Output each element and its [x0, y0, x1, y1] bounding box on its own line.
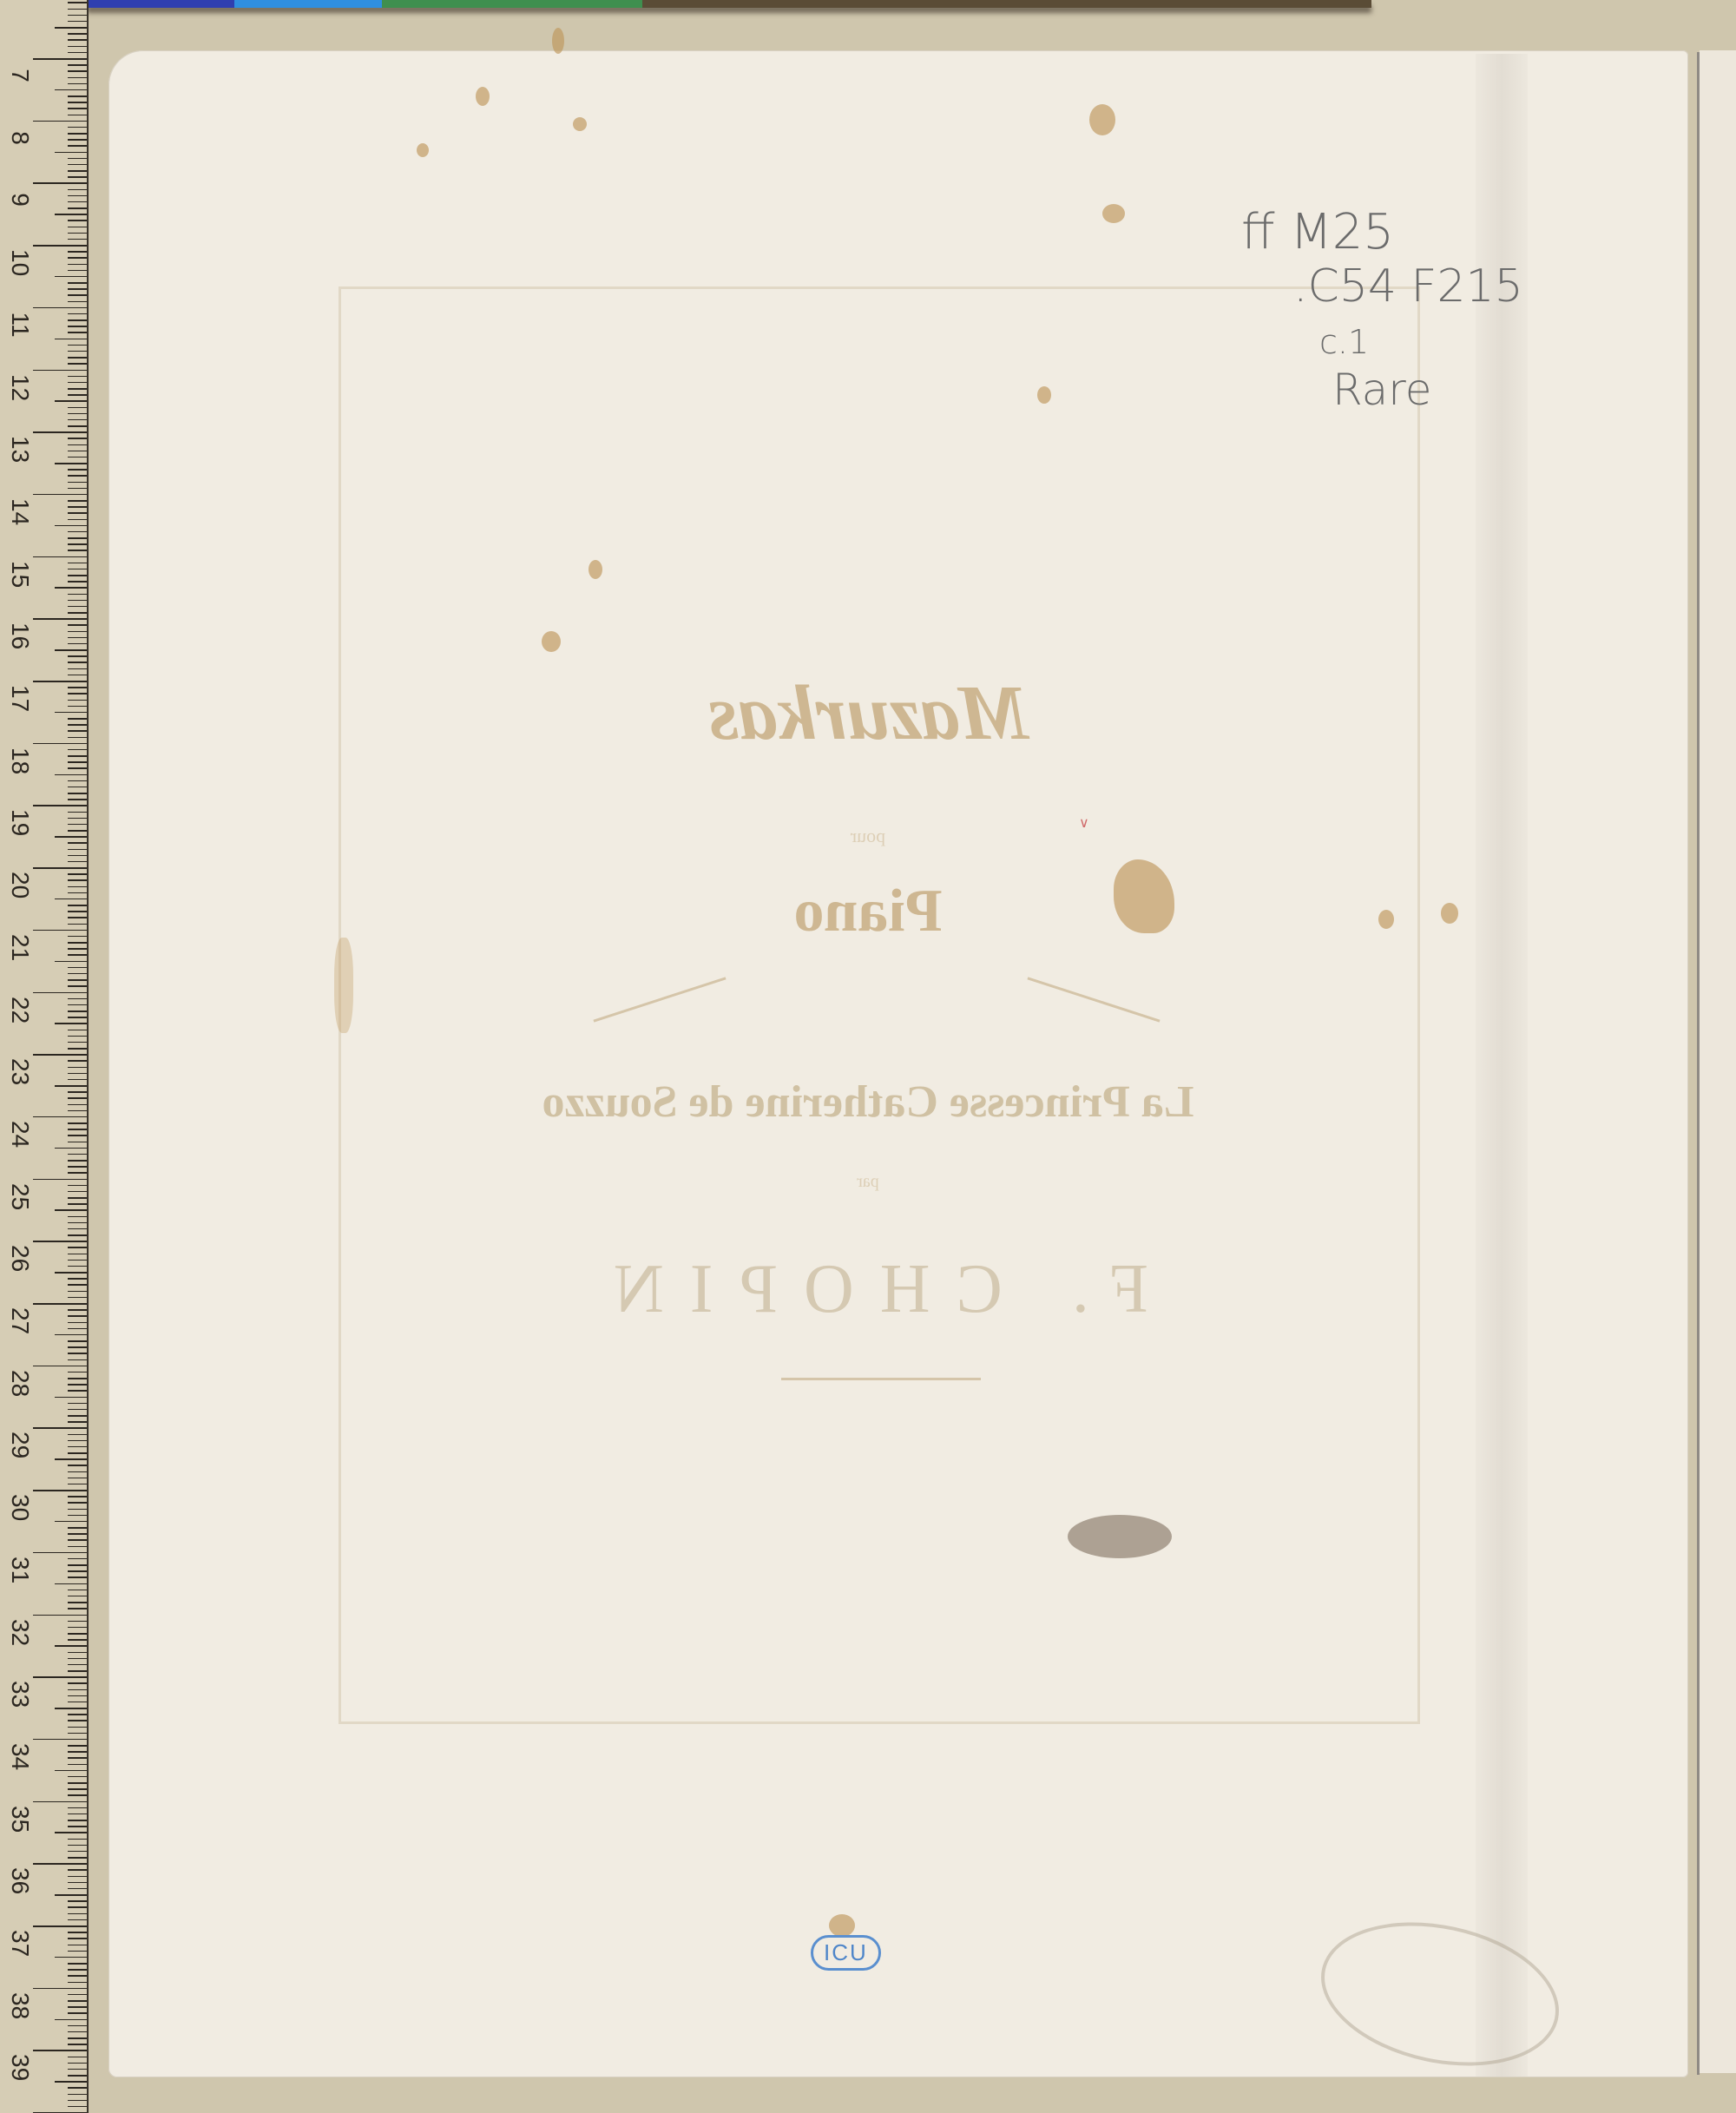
ruler-tick	[68, 1067, 87, 1069]
ruler-tick	[68, 1788, 87, 1790]
ruler-tick	[68, 1546, 87, 1548]
ruler-tick	[68, 1807, 87, 1809]
ruler-tick	[33, 1739, 87, 1741]
ruler-tick	[68, 2031, 87, 2033]
ruler-tick	[33, 992, 87, 994]
ruler-label: 11	[6, 312, 34, 338]
ruler-tick	[68, 1030, 87, 1031]
ruler-tick	[68, 1776, 87, 1778]
ruler-tick	[68, 1060, 87, 1062]
ruler-tick	[68, 531, 87, 533]
ruler-tick	[55, 27, 87, 29]
ruler-tick	[68, 1857, 87, 1859]
call-number-line1: ff M25	[1241, 204, 1394, 260]
ruler-tick	[68, 985, 87, 987]
ruler-tick	[68, 563, 87, 564]
ruler-tick	[68, 83, 87, 85]
ruler-tick	[55, 1770, 87, 1772]
ruler-tick	[68, 1409, 87, 1411]
ruler-tick	[55, 1583, 87, 1585]
ruler-tick	[55, 587, 87, 589]
ruler-tick	[68, 189, 87, 191]
ruler-tick	[68, 1627, 87, 1629]
ruler-tick	[68, 1403, 87, 1405]
ruler-tick	[33, 1676, 87, 1678]
ruler-label: 13	[6, 436, 34, 462]
ruler-tick	[68, 1751, 87, 1753]
stain-streak	[334, 938, 353, 1033]
ghost-composer: F. CHOPIN	[0, 1250, 1736, 1329]
ruler-tick	[68, 301, 87, 303]
ruler-tick	[33, 245, 87, 247]
ruler-tick	[68, 1826, 87, 1827]
ruler-tick	[33, 1925, 87, 1927]
ruler-tick	[68, 1129, 87, 1130]
ruler-label: 32	[6, 1619, 34, 1645]
ruler-tick	[68, 1633, 87, 1635]
ruler-tick	[68, 2075, 87, 2077]
ruler-tick	[68, 270, 87, 272]
ruler-tick	[68, 1932, 87, 1933]
ruler-tick	[55, 1708, 87, 1709]
ruler-tick	[68, 388, 87, 390]
ruler-tick	[68, 469, 87, 471]
ruler-tick	[55, 1458, 87, 1460]
ruler-tick	[68, 1465, 87, 1466]
ruler-tick	[68, 1913, 87, 1915]
ruler-tick	[68, 207, 87, 209]
ruler-tick	[68, 394, 87, 396]
ruler-tick	[68, 1813, 87, 1815]
ruler-tick	[55, 400, 87, 402]
ruler-tick	[68, 793, 87, 794]
paper-fold	[1476, 54, 1528, 2077]
ruler-tick	[68, 1340, 87, 1342]
ruler-tick	[68, 1670, 87, 1672]
ruler-tick	[68, 1888, 87, 1890]
ruler-tick	[68, 2106, 87, 2108]
ruler-tick	[68, 1452, 87, 1454]
ruler-tick	[55, 214, 87, 215]
color-swatch-cyan	[234, 0, 382, 8]
ruler-tick	[68, 1502, 87, 1504]
ruler-tick	[68, 108, 87, 109]
ruler-tick	[68, 643, 87, 645]
rare-annotation: Rare	[1332, 365, 1432, 415]
ruler-tick	[68, 1471, 87, 1473]
ruler-tick	[68, 257, 87, 259]
ruler-tick	[68, 264, 87, 266]
ruler-tick	[68, 1570, 87, 1572]
ruler-label: 15	[6, 561, 34, 587]
ruler-tick	[55, 1334, 87, 1336]
ruler-tick	[33, 2050, 87, 2051]
ruler-label: 10	[6, 249, 34, 275]
ruler-tick	[55, 1521, 87, 1523]
ruler-tick	[55, 525, 87, 527]
ruler-tick	[68, 1228, 87, 1230]
ruler-tick	[68, 1876, 87, 1878]
ruler-tick	[68, 195, 87, 197]
ruler-tick	[68, 662, 87, 663]
ruler-tick	[68, 612, 87, 614]
ruler-tick	[68, 1590, 87, 1591]
color-swatch-blue	[87, 0, 234, 8]
ruler-tick	[68, 948, 87, 950]
ruler-tick	[68, 519, 87, 521]
measurement-ruler: 7891011121314151617181920212223242526272…	[0, 0, 89, 2113]
ruler-tick	[68, 1203, 87, 1205]
ruler-tick	[68, 1945, 87, 1946]
ruler-tick	[68, 1372, 87, 1373]
ruler-tick	[68, 2063, 87, 2064]
ruler-tick	[68, 1695, 87, 1697]
stain	[542, 631, 561, 652]
ruler-tick	[68, 345, 87, 346]
ruler-tick	[68, 500, 87, 502]
ruler-tick	[68, 606, 87, 608]
ruler-tick	[68, 1689, 87, 1691]
ruler-tick	[68, 2100, 87, 2102]
ruler-tick	[68, 2, 87, 3]
ruler-tick	[68, 1135, 87, 1136]
ruler-tick	[55, 961, 87, 963]
ruler-tick	[55, 1209, 87, 1211]
call-number-line2: .C54 F215	[1293, 260, 1523, 313]
ruler-tick	[68, 294, 87, 296]
ruler-tick	[68, 1036, 87, 1037]
ruler-tick	[33, 867, 87, 869]
ruler-tick	[33, 1054, 87, 1056]
ruler-tick	[68, 761, 87, 763]
ruler-tick	[68, 2069, 87, 2070]
ruler-tick	[68, 631, 87, 633]
ruler-tick	[68, 512, 87, 514]
library-stamp-icu: ICU	[811, 1935, 881, 1971]
ruler-tick	[68, 2057, 87, 2058]
ruler-tick	[55, 1894, 87, 1896]
stain	[1089, 104, 1115, 135]
ruler-tick	[68, 812, 87, 813]
ruler-tick	[68, 1906, 87, 1908]
ruler-tick	[68, 2037, 87, 2039]
ruler-tick	[68, 1820, 87, 1821]
ruler-tick	[68, 376, 87, 378]
ruler-tick	[68, 861, 87, 863]
ruler-tick	[55, 1957, 87, 1958]
ruler-tick	[68, 220, 87, 221]
ruler-tick	[68, 1017, 87, 1018]
ruler-tick	[33, 494, 87, 496]
stain	[1378, 910, 1394, 929]
ruler-tick	[68, 967, 87, 969]
ruler-tick	[68, 855, 87, 857]
ghost-pour: pour	[0, 825, 1736, 847]
ruler-tick	[33, 618, 87, 620]
ruler-tick	[68, 1727, 87, 1728]
ruler-tick	[68, 357, 87, 359]
ruler-tick	[68, 1539, 87, 1541]
ruler-tick	[33, 1863, 87, 1865]
ruler-tick	[68, 475, 87, 477]
ruler-tick	[68, 176, 87, 178]
ink-speckle-cluster	[1068, 1515, 1172, 1558]
ruler-tick	[68, 1142, 87, 1143]
ruler-tick	[68, 2044, 87, 2045]
ruler-tick	[33, 307, 87, 309]
ruler-tick	[68, 849, 87, 851]
ruler-tick	[68, 1222, 87, 1224]
ruler-label: 9	[6, 187, 34, 213]
stain	[552, 28, 564, 54]
ruler-tick	[33, 431, 87, 433]
ruler-label: 36	[6, 1867, 34, 1893]
ruler-tick	[68, 1216, 87, 1218]
ruler-tick	[68, 413, 87, 415]
ruler-tick	[33, 1988, 87, 1990]
ruler-tick	[33, 805, 87, 806]
ruler-tick	[55, 152, 87, 154]
ruler-label: 22	[6, 997, 34, 1023]
ruler-tick	[55, 339, 87, 340]
ruler-tick	[68, 52, 87, 54]
ruler-tick	[68, 1602, 87, 1603]
ruler-tick	[68, 1845, 87, 1846]
ruler-tick	[68, 1714, 87, 1715]
ruler-tick	[68, 1247, 87, 1248]
ruler-tick	[68, 1733, 87, 1735]
ruler-tick	[68, 332, 87, 333]
ruler-tick	[68, 1353, 87, 1354]
ruler-tick	[68, 95, 87, 97]
ruler-tick	[68, 201, 87, 203]
ruler-tick	[55, 2019, 87, 2021]
ruler-tick	[55, 1397, 87, 1399]
ruler-tick	[33, 1241, 87, 1242]
ruler-tick	[68, 164, 87, 166]
red-mark: ∨	[1079, 814, 1089, 832]
stain	[1102, 204, 1125, 223]
ruler-tick	[68, 873, 87, 875]
ruler-tick	[68, 600, 87, 602]
ruler-label: 30	[6, 1494, 34, 1520]
ruler-tick	[68, 998, 87, 1000]
ruler-label: 12	[6, 374, 34, 400]
ruler-tick	[68, 1446, 87, 1448]
ruler-tick	[68, 624, 87, 626]
color-swatch-dark	[642, 0, 1371, 8]
ruler-tick	[55, 276, 87, 278]
ruler-tick	[55, 1023, 87, 1024]
ghost-instrument: Piano	[0, 877, 1736, 946]
ruler-tick	[68, 438, 87, 439]
ruler-tick	[68, 1378, 87, 1379]
ruler-tick	[55, 774, 87, 776]
ruler-tick	[55, 89, 87, 91]
ruler-tick	[68, 2012, 87, 2014]
ruler-tick	[68, 1234, 87, 1236]
ruler-tick	[68, 351, 87, 352]
ruler-label: 8	[6, 125, 34, 151]
ruler-tick	[68, 139, 87, 141]
ruler-tick	[68, 444, 87, 446]
ruler-tick	[68, 233, 87, 234]
ruler-tick	[55, 2081, 87, 2083]
ruler-label: 37	[6, 1930, 34, 1956]
ruler-tick	[68, 319, 87, 321]
ruler-tick	[68, 33, 87, 35]
ruler-tick	[68, 1900, 87, 1902]
ruler-tick	[68, 1794, 87, 1796]
ruler-tick	[68, 543, 87, 545]
ruler-tick	[68, 1042, 87, 1043]
ruler-label: 14	[6, 498, 34, 524]
ruler-label: 16	[6, 622, 34, 648]
ruler-tick	[68, 818, 87, 820]
ruler-tick	[68, 550, 87, 551]
ruler-tick	[68, 239, 87, 240]
ruler-label: 39	[6, 2054, 34, 2080]
stain	[829, 1914, 855, 1937]
ruler-tick	[68, 1434, 87, 1436]
adjacent-leaf-edge	[1700, 50, 1736, 2073]
ruler-tick	[68, 1982, 87, 1984]
ruler-tick	[68, 1421, 87, 1423]
ruler-tick	[68, 1782, 87, 1784]
ruler-tick	[68, 457, 87, 458]
ruler-tick	[68, 102, 87, 103]
ruler-tick	[68, 1720, 87, 1721]
ruler-tick	[68, 46, 87, 48]
ruler-tick	[68, 1359, 87, 1361]
color-swatch-green	[382, 0, 642, 8]
ruler-tick	[68, 64, 87, 66]
decorative-rule	[781, 1378, 981, 1380]
ruler-tick	[68, 1004, 87, 1006]
ruler-tick	[68, 1951, 87, 1952]
ruler-tick	[68, 1533, 87, 1535]
ruler-tick	[68, 326, 87, 327]
ruler-tick	[68, 1682, 87, 1684]
ruler-tick	[55, 1148, 87, 1149]
ruler-tick	[68, 288, 87, 290]
ruler-tick	[68, 2025, 87, 2027]
ruler-tick	[68, 1484, 87, 1485]
ruler-tick	[33, 1427, 87, 1429]
ruler-tick	[68, 575, 87, 576]
stain	[1037, 386, 1051, 404]
stain	[417, 143, 429, 157]
ruler-tick	[55, 649, 87, 651]
ruler-tick	[68, 1577, 87, 1578]
stain	[589, 560, 602, 579]
color-calibration-bar	[87, 0, 1371, 8]
ruler-tick	[68, 787, 87, 788]
ruler-tick	[68, 382, 87, 384]
ruler-tick	[68, 419, 87, 421]
ruler-tick	[55, 1645, 87, 1647]
ruler-tick	[33, 1615, 87, 1616]
ruler-tick	[68, 1384, 87, 1386]
ruler-tick	[68, 127, 87, 128]
ruler-tick	[68, 482, 87, 484]
ruler-tick	[33, 58, 87, 60]
ghost-dedication: La Princesse Catherine de Souzzo	[0, 1076, 1736, 1128]
ruler-tick	[68, 1652, 87, 1654]
ruler-tick	[68, 1658, 87, 1660]
title-border-frame	[339, 286, 1420, 1724]
ruler-tick	[33, 121, 87, 122]
ruler-tick	[68, 1346, 87, 1348]
ruler-tick	[68, 780, 87, 782]
ruler-tick	[68, 1664, 87, 1666]
ruler-tick	[68, 1869, 87, 1871]
ruler-label: 7	[6, 63, 34, 89]
ruler-tick	[68, 799, 87, 800]
ruler-tick	[68, 1558, 87, 1560]
ruler-tick	[68, 1851, 87, 1853]
ruler-tick	[68, 1010, 87, 1012]
ruler-tick	[68, 1415, 87, 1417]
ruler-tick	[33, 1366, 87, 1367]
ruler-tick	[68, 282, 87, 284]
ruler-tick	[68, 1166, 87, 1168]
ruler-tick	[68, 1919, 87, 1921]
ruler-tick	[68, 170, 87, 172]
ruler-tick	[68, 1757, 87, 1759]
ruler-tick	[68, 1527, 87, 1529]
ruler-tick	[68, 407, 87, 409]
ruler-tick	[68, 451, 87, 452]
ruler-tick	[68, 537, 87, 539]
ruler-tick	[68, 9, 87, 10]
ruler-tick	[68, 581, 87, 583]
ghost-title: Mazurkas	[0, 668, 1736, 758]
ruler-tick	[68, 2000, 87, 2002]
ruler-tick	[68, 313, 87, 315]
ruler-tick	[68, 1994, 87, 1996]
ruler-tick	[68, 1839, 87, 1840]
ruler-tick	[68, 1509, 87, 1511]
ruler-tick	[33, 182, 87, 184]
ruler-tick	[68, 973, 87, 975]
ruler-tick	[68, 21, 87, 23]
ruler-tick	[68, 488, 87, 490]
ruler-tick	[68, 1639, 87, 1641]
ruler-tick	[33, 556, 87, 558]
ruler-tick	[68, 1938, 87, 1939]
ruler-tick	[68, 133, 87, 135]
ruler-tick	[68, 2006, 87, 2008]
ruler-tick	[68, 1882, 87, 1884]
ruler-tick	[68, 77, 87, 79]
ruler-tick	[68, 1478, 87, 1479]
ruler-tick	[68, 979, 87, 981]
ruler-tick	[68, 39, 87, 41]
ruler-tick	[68, 637, 87, 639]
ruler-tick	[68, 767, 87, 769]
ruler-tick	[68, 594, 87, 596]
stain	[1441, 903, 1458, 924]
ruler-tick	[68, 227, 87, 228]
ruler-tick	[68, 1764, 87, 1766]
ruler-label: 28	[6, 1370, 34, 1396]
ruler-tick	[68, 1702, 87, 1703]
ruler-tick	[55, 463, 87, 464]
ruler-tick	[68, 1390, 87, 1392]
ruler-tick	[33, 1552, 87, 1554]
ruler-tick	[68, 1963, 87, 1965]
